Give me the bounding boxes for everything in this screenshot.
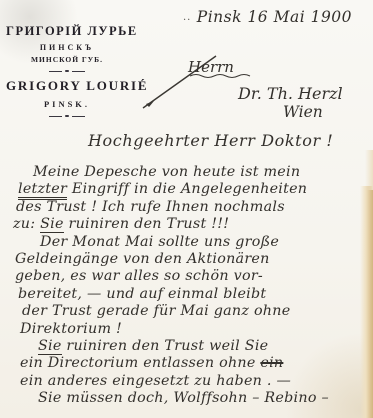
letter-line: des Trust ! Ich rufe Ihnen nochmals <box>0 199 366 216</box>
letter-text: ein anderes eingesetzt zu haben . — <box>20 373 291 389</box>
emphasized-word: Sie <box>40 216 64 233</box>
letter-text: ruiniren den Trust !!! <box>64 216 230 232</box>
letter-text: bereitet, — und auf einmal bleibt <box>18 286 266 302</box>
letter-text: geben, es war alles so schön vor- <box>15 268 263 284</box>
letterhead-town-latin: PINSK. <box>6 99 128 109</box>
divider-ornament <box>6 114 128 118</box>
letter-text: Direktorium ! <box>20 321 122 337</box>
letter-text: des Trust ! Ich rufe Ihnen nochmals <box>16 199 285 215</box>
letter-text: Geldeingänge von den Aktionären <box>15 251 270 267</box>
letter-salutation: Hochgeehrter Herr Doktor ! <box>88 131 333 150</box>
recipient-name: Dr. Th. Herzl <box>238 84 343 103</box>
letter-line: Sie müssen doch, Wolffsohn – Rebino – <box>0 390 366 407</box>
letter-line: ein Directorium entlassen ohne ein <box>0 355 366 372</box>
aged-paper-edge-top <box>365 150 373 190</box>
letter-line: zu: Sie ruiniren den Trust !!! <box>0 216 366 233</box>
letter-page: ГРИГОРІЙ ЛУРЬЕ ПИНСКЪ МИНСКОЙ ГУБ. GRIGO… <box>0 0 373 418</box>
emphasized-word: Sie <box>38 338 62 355</box>
recipient-city: Wien <box>283 103 323 121</box>
letterhead-province-russian: МИНСКОЙ ГУБ. <box>6 55 128 64</box>
letter-text: ruiniren den Trust weil Sie <box>62 338 269 354</box>
dateline: .. Pinsk 16 Mai 1900 <box>183 8 352 26</box>
letter-text: Meine Depesche von heute ist mein <box>33 164 300 180</box>
letter-line: bereitet, — und auf einmal bleibt <box>0 286 366 303</box>
letterhead: ГРИГОРІЙ ЛУРЬЕ ПИНСКЪ МИНСКОЙ ГУБ. GRIGO… <box>6 24 128 118</box>
letter-text: Eingriff in die Angelegenheiten <box>67 181 307 197</box>
letter-line: Meine Depesche von heute ist mein <box>0 164 366 181</box>
letter-text: Sie müssen doch, Wolffsohn – Rebino – <box>38 390 329 406</box>
dateline-text: Pinsk 16 Mai 1900 <box>197 8 352 26</box>
letterhead-name-latin: GRIGORY LOURIÉ <box>6 78 128 94</box>
letter-line: der Trust gerade für Mai ganz ohne <box>0 303 366 320</box>
emphasized-word: letzter <box>18 181 67 200</box>
letter-text: der Trust gerade für Mai ganz ohne <box>22 303 290 319</box>
letter-text: zu: <box>13 216 40 232</box>
letter-line: Sie ruiniren den Trust weil Sie <box>0 338 366 355</box>
letter-line: ein anderes eingesetzt zu haben . — <box>0 373 366 390</box>
letter-line: Geldeingänge von den Aktionären <box>0 251 366 268</box>
letter-line: geben, es war alles so schön vor- <box>0 268 366 285</box>
emphasized-word: ein <box>260 355 283 371</box>
recipient-salute: Herrn <box>188 58 234 76</box>
letter-text: ein Directorium entlassen ohne <box>20 355 260 371</box>
letter-line: letzter Eingriff in die Angelegenheiten <box>0 181 366 198</box>
letter-body: Meine Depesche von heute ist meinletzter… <box>0 164 366 407</box>
dateline-leader-dots: .. <box>183 12 191 23</box>
letter-text: Der Monat Mai sollte uns große <box>40 234 279 250</box>
divider-ornament <box>6 69 128 73</box>
letterhead-name-russian: ГРИГОРІЙ ЛУРЬЕ <box>6 24 128 39</box>
letter-line: Direktorium ! <box>0 321 366 338</box>
letterhead-town-russian: ПИНСКЪ <box>6 43 128 52</box>
letter-line: Der Monat Mai sollte uns große <box>0 234 366 251</box>
